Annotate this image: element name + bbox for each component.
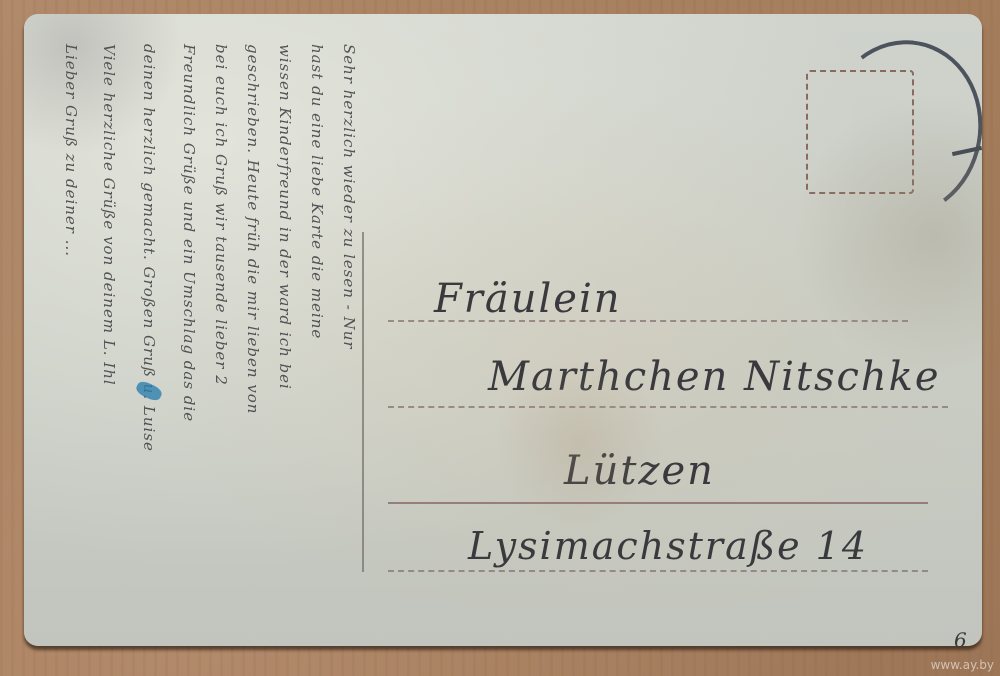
corner-mark: 6 [954,628,967,646]
postcard: Sehr herzlich wieder zu lesen - Nur hast… [24,14,982,646]
message-line: Sehr herzlich wieder zu lesen - Nur [334,44,358,644]
message-line: deinen herzlich gemacht. Großen Gruß u. … [134,44,158,644]
address-rule [388,406,948,408]
address-rule [388,320,908,322]
address-rule [388,502,928,504]
address-name: Marthchen Nitschke [488,354,941,400]
address-salutation: Fräulein [434,276,622,322]
message-line: hast du eine liebe Karte die meine [302,44,326,644]
vertical-divider [362,232,364,572]
address-street: Lysimachstraße 14 [468,524,868,568]
message-line: bei euch ich Gruß wir tausende lieber 2 [206,44,230,644]
watermark: www.ay.by [931,658,994,672]
message-line: Viele herzliche Grüße von deinem L. Ihl [94,44,118,644]
message-line: geschrieben. Heute früh die mir lieben v… [238,44,262,644]
message-line: wissen Kinderfreund in der ward ich bei [270,44,294,644]
message-line: Lieber Gruß zu deiner ... [56,44,80,644]
stamp-box [806,70,914,194]
address-rule [388,570,928,572]
message-line: Freundlich Grüße und ein Umschlag das di… [174,44,198,644]
address-city: Lützen [564,448,715,494]
handwritten-message: Sehr herzlich wieder zu lesen - Nur hast… [34,44,359,644]
